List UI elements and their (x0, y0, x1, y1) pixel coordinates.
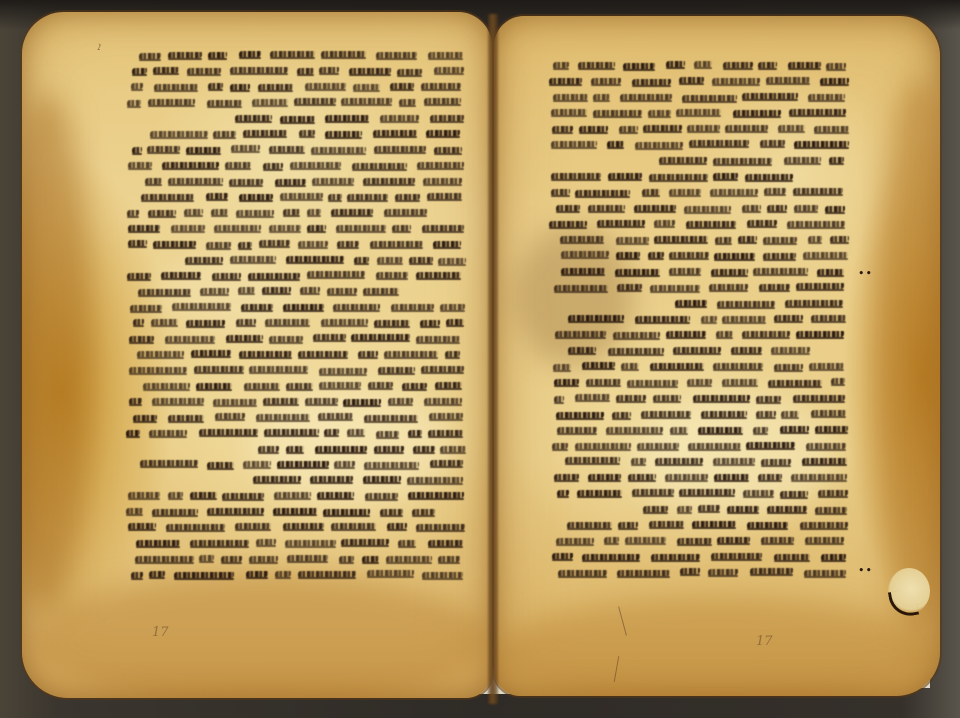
script-word (428, 430, 463, 436)
script-word (364, 462, 420, 468)
script-word (549, 78, 582, 84)
script-word (208, 52, 228, 58)
script-word (184, 209, 203, 215)
script-word (761, 537, 794, 543)
script-line (549, 268, 849, 274)
script-word (190, 540, 249, 546)
script-word (427, 193, 462, 199)
script-word (307, 225, 326, 231)
script-word (711, 553, 762, 559)
script-word (561, 251, 609, 257)
script-word (131, 83, 143, 89)
script-line (549, 347, 849, 353)
script-word (582, 362, 615, 368)
script-word (804, 570, 846, 576)
script-word (305, 83, 346, 89)
script-line (549, 474, 849, 480)
script-word (398, 540, 416, 546)
script-word (551, 141, 597, 147)
script-word (325, 115, 369, 121)
script-word (756, 411, 776, 417)
script-line (126, 430, 466, 436)
script-line (126, 131, 466, 137)
script-word (722, 316, 765, 322)
script-word (376, 52, 417, 58)
script-word (290, 162, 341, 168)
script-line (549, 300, 849, 306)
script-word (687, 125, 719, 131)
script-word (126, 508, 143, 514)
script-word (677, 506, 692, 512)
script-word (305, 398, 338, 404)
script-line (126, 461, 466, 467)
script-word (128, 523, 157, 529)
script-word (358, 351, 378, 357)
script-word (714, 474, 749, 480)
script-word (424, 98, 461, 104)
script-line (126, 99, 466, 105)
script-word (694, 61, 712, 67)
script-word (579, 126, 608, 132)
script-word (280, 116, 315, 122)
script-word (407, 477, 463, 483)
script-word (597, 220, 645, 226)
script-word (130, 305, 162, 311)
script-word (283, 523, 324, 529)
script-word (421, 83, 461, 89)
script-word (635, 142, 683, 148)
script-word (319, 67, 339, 73)
script-word (731, 347, 762, 353)
script-line (549, 252, 849, 258)
script-word (249, 556, 278, 562)
script-line (126, 257, 466, 263)
script-line (126, 493, 466, 499)
script-word (285, 540, 336, 546)
script-word (698, 505, 721, 511)
script-word (725, 125, 768, 131)
script-word (323, 509, 369, 515)
script-word (554, 379, 579, 385)
script-word (333, 304, 380, 310)
script-line (549, 205, 849, 211)
script-line (126, 524, 466, 530)
script-line (126, 414, 466, 420)
stain (22, 92, 92, 612)
right-page: •• •• 17 (494, 16, 940, 696)
script-word (764, 188, 786, 194)
script-word (196, 383, 232, 389)
script-word (717, 537, 750, 543)
script-word (153, 241, 196, 247)
script-word (384, 209, 427, 215)
script-word (684, 206, 732, 212)
script-word (286, 446, 304, 452)
script-word (423, 178, 463, 184)
script-word (168, 415, 204, 421)
script-line (126, 335, 466, 341)
script-word (235, 523, 271, 529)
script-word (763, 237, 797, 243)
script-word (416, 524, 465, 530)
script-word (380, 115, 418, 121)
script-word (612, 412, 632, 418)
script-word (367, 570, 414, 576)
script-word (131, 572, 143, 578)
script-word (416, 272, 461, 278)
script-line (549, 62, 849, 68)
script-line (126, 162, 466, 168)
script-word (711, 269, 748, 275)
script-word (373, 130, 417, 136)
script-word (298, 241, 328, 247)
script-word (258, 84, 293, 90)
script-word (132, 147, 142, 153)
script-word (577, 490, 622, 496)
script-line (549, 490, 849, 496)
script-line (549, 173, 849, 179)
script-word (800, 522, 849, 528)
script-word (619, 126, 638, 132)
script-word (774, 554, 811, 560)
script-word (787, 221, 845, 227)
script-word (606, 427, 662, 433)
script-word (213, 131, 236, 137)
script-word (208, 83, 223, 89)
script-line (549, 395, 849, 401)
script-line (549, 236, 849, 242)
script-line (126, 209, 466, 215)
script-word (387, 523, 407, 529)
script-word (222, 493, 263, 499)
script-word (422, 225, 464, 231)
script-line (126, 178, 466, 184)
left-page-text (126, 52, 466, 592)
script-word (805, 537, 843, 543)
script-word (263, 163, 283, 169)
script-word (687, 379, 712, 385)
script-word (778, 125, 805, 131)
script-word (248, 273, 300, 279)
script-word (553, 62, 569, 68)
script-word (430, 115, 464, 121)
script-word (256, 539, 275, 545)
script-word (331, 523, 376, 529)
script-word (395, 194, 420, 200)
script-word (713, 158, 773, 164)
script-word (374, 146, 426, 152)
script-word (153, 67, 179, 73)
script-word (135, 556, 194, 562)
script-word (615, 269, 660, 275)
script-word (207, 100, 242, 106)
script-word (688, 443, 741, 449)
script-word (650, 285, 700, 291)
script-word (384, 351, 438, 357)
script-line (126, 508, 466, 514)
script-word (753, 268, 808, 274)
script-word (689, 140, 749, 146)
script-word (727, 506, 759, 512)
script-word (139, 53, 161, 59)
script-word (742, 93, 799, 99)
script-word (710, 189, 758, 195)
script-word (627, 380, 679, 386)
script-word (438, 556, 461, 562)
script-word (235, 115, 272, 121)
script-word (438, 258, 466, 264)
script-word (239, 194, 273, 200)
script-word (586, 379, 621, 385)
script-word (421, 366, 464, 372)
script-word (608, 348, 664, 354)
script-word (814, 126, 848, 132)
script-line (126, 398, 466, 404)
script-word (416, 336, 460, 342)
script-word (318, 413, 353, 419)
script-word (714, 253, 755, 259)
script-line (549, 537, 849, 543)
script-word (206, 193, 228, 199)
script-word (670, 427, 688, 433)
script-word (147, 146, 180, 152)
script-word (781, 411, 799, 417)
script-word (429, 413, 463, 419)
script-word (213, 399, 257, 405)
script-line (126, 351, 466, 357)
script-line (126, 241, 466, 247)
script-word (651, 554, 700, 560)
script-word (701, 411, 746, 417)
script-word (265, 319, 310, 325)
script-word (341, 98, 391, 104)
script-word (286, 256, 344, 262)
script-word (616, 237, 649, 243)
script-line (549, 94, 849, 100)
script-word (793, 395, 845, 401)
script-word (236, 319, 256, 325)
script-word (149, 430, 188, 436)
script-word (588, 474, 621, 480)
script-word (339, 556, 354, 562)
script-word (758, 474, 782, 480)
script-line (126, 194, 466, 200)
script-word (655, 458, 704, 464)
script-word (433, 241, 461, 247)
script-word (166, 524, 225, 530)
script-word (659, 157, 707, 163)
script-word (552, 553, 573, 559)
script-word (713, 458, 755, 464)
script-word (129, 336, 154, 342)
left-page: ܐ 17 (22, 12, 492, 698)
script-word (298, 571, 357, 577)
script-word (738, 236, 757, 242)
script-word (811, 410, 847, 416)
script-word (679, 77, 704, 83)
script-word (390, 83, 414, 89)
script-word (347, 429, 364, 435)
script-word (354, 257, 369, 263)
script-word (368, 382, 393, 388)
script-word (236, 210, 274, 216)
script-word (650, 363, 703, 369)
script-word (607, 141, 623, 147)
script-word (299, 130, 315, 136)
script-word (140, 460, 198, 466)
folio-number: 17 (152, 625, 169, 640)
script-word (287, 555, 328, 561)
script-word (311, 147, 366, 153)
script-word (397, 69, 422, 75)
script-word (150, 131, 208, 137)
script-word (331, 209, 372, 215)
margin-mark: •• (858, 564, 873, 577)
script-word (275, 571, 292, 577)
script-word (127, 100, 141, 106)
script-line (549, 220, 849, 226)
script-word (712, 78, 760, 84)
script-word (168, 52, 201, 58)
script-word (794, 141, 849, 147)
script-word (635, 316, 690, 322)
script-word (269, 146, 305, 152)
script-word (149, 571, 164, 577)
script-word (243, 461, 271, 467)
script-word (742, 331, 790, 337)
script-word (588, 205, 625, 211)
script-word (420, 320, 439, 326)
script-line (549, 553, 849, 559)
script-line (126, 68, 466, 74)
script-word (613, 332, 660, 338)
script-word (637, 443, 679, 449)
script-line (126, 83, 466, 89)
script-line (126, 304, 466, 310)
script-word (817, 269, 844, 275)
script-word (709, 284, 748, 290)
script-word (820, 78, 849, 84)
script-word (262, 287, 292, 293)
script-word (141, 194, 194, 200)
script-word (206, 242, 231, 248)
script-word (280, 193, 323, 199)
script-word (446, 319, 464, 325)
script-word (665, 474, 708, 480)
script-word (692, 521, 736, 527)
script-word (809, 363, 844, 369)
script-word (191, 350, 231, 356)
script-word (628, 474, 656, 480)
script-word (298, 351, 348, 357)
script-word (230, 84, 250, 90)
script-word (591, 78, 621, 84)
script-word (428, 540, 463, 546)
script-word (826, 63, 846, 69)
script-word (321, 319, 369, 325)
script-word (616, 252, 640, 258)
script-word (226, 335, 263, 341)
script-word (128, 162, 153, 168)
script-word (553, 364, 571, 370)
script-word (343, 399, 381, 405)
script-word (675, 300, 708, 306)
script-word (374, 446, 404, 452)
script-line (549, 110, 849, 116)
script-word (715, 237, 732, 243)
script-word (701, 316, 716, 322)
script-word (803, 252, 848, 258)
script-word (352, 163, 407, 169)
script-word (161, 272, 201, 278)
script-word (129, 367, 186, 373)
script-word (780, 491, 809, 497)
script-word (716, 331, 732, 337)
script-word (200, 288, 229, 294)
script-word (815, 507, 847, 513)
script-word (554, 285, 608, 291)
script-word (565, 457, 619, 463)
script-word (138, 289, 191, 295)
script-word (277, 461, 329, 467)
script-word (364, 415, 418, 421)
script-word (617, 284, 642, 290)
script-word (126, 430, 139, 436)
script-word (789, 109, 845, 115)
script-word (440, 446, 465, 452)
script-word (128, 225, 160, 231)
script-word (241, 304, 273, 310)
script-word (174, 572, 233, 578)
script-word (551, 173, 601, 179)
script-word (745, 174, 793, 180)
script-word (171, 225, 205, 231)
script-line (549, 125, 849, 131)
script-word (307, 209, 322, 215)
script-word (759, 284, 789, 290)
script-word (259, 240, 290, 246)
script-word (575, 443, 630, 449)
script-word (417, 162, 465, 168)
script-word (328, 194, 342, 200)
script-word (168, 178, 223, 184)
script-word (269, 336, 303, 342)
script-word (136, 540, 180, 546)
script-word (648, 252, 664, 258)
script-word (199, 429, 258, 435)
script-word (621, 363, 639, 369)
script-line (126, 146, 466, 152)
script-word (127, 273, 150, 279)
script-word (649, 174, 708, 180)
folio-number: 17 (756, 634, 773, 649)
script-word (575, 190, 630, 196)
script-line (549, 411, 849, 417)
script-word (733, 110, 781, 116)
script-word (273, 508, 317, 514)
script-word (313, 334, 346, 340)
script-word (648, 110, 671, 116)
script-word (641, 411, 691, 417)
script-word (767, 205, 788, 211)
script-word (549, 221, 587, 227)
script-word (553, 94, 588, 100)
script-line (126, 115, 466, 121)
script-word (708, 569, 738, 575)
script-line (549, 78, 849, 84)
script-word (168, 492, 183, 498)
script-word (353, 84, 379, 90)
